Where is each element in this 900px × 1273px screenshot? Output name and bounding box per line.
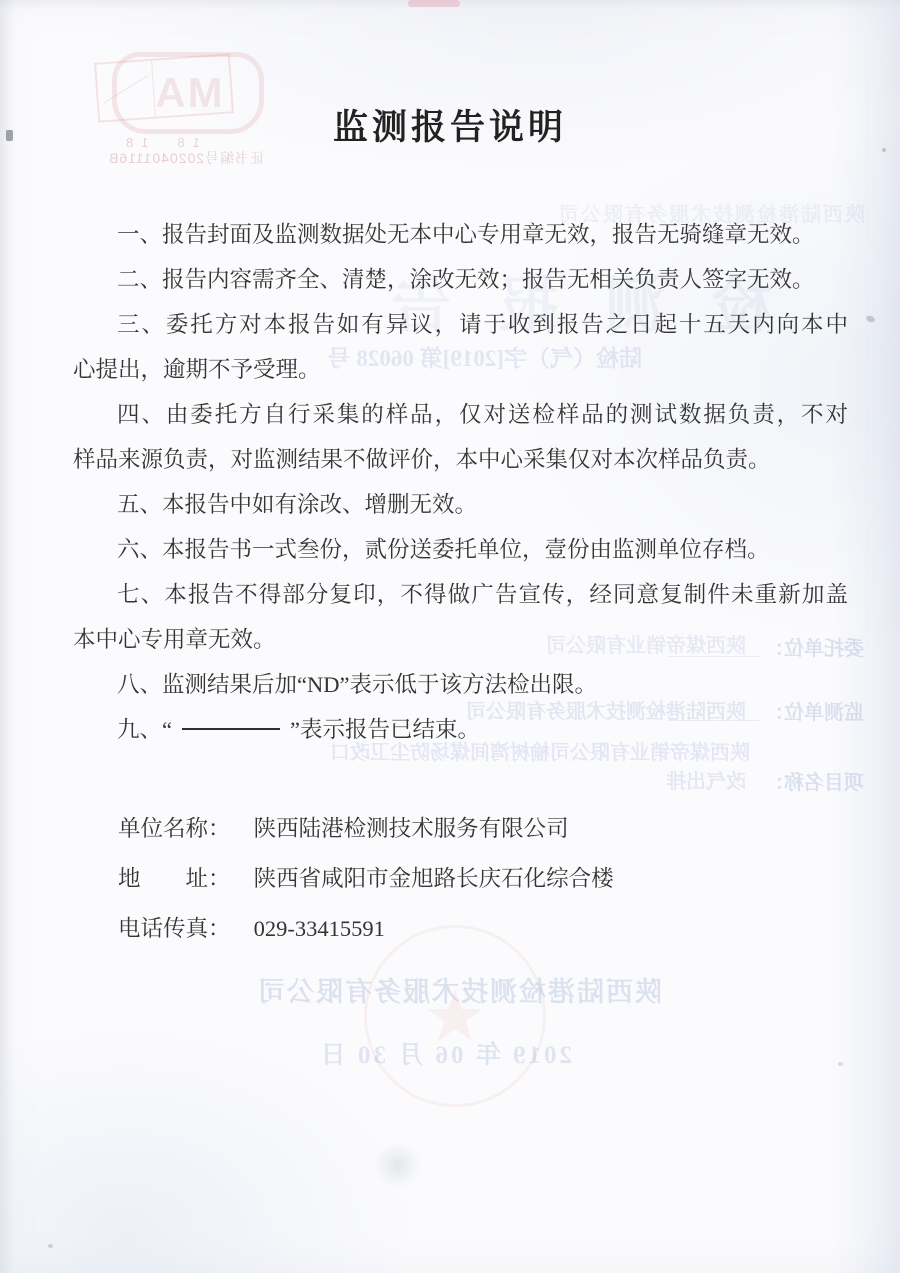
address-label: 地 址： [118, 854, 236, 904]
company-name-value: 陕西陆港检测技术服务有限公司 [254, 816, 569, 841]
address-value: 陕西省咸阳市金旭路长庆石化综合楼 [254, 866, 614, 891]
item-9-prefix: 九、“ [117, 717, 172, 742]
scan-speck [838, 1062, 843, 1066]
company-name-row: 单位名称： 陕西陆港检测技术服务有限公司 [118, 804, 900, 854]
instruction-item-5: 五、本报告中如有涂改、增删无效。 [73, 482, 848, 527]
instruction-item-3-line2: 心提出，逾期不予受理。 [73, 357, 321, 382]
instruction-item-1: 一、报告封面及监测数据处无本中心专用章无效，报告无骑缝章无效。 [73, 212, 848, 257]
instruction-item-2: 二、报告内容需齐全、清楚，涂改无效；报告无相关负责人签字无效。 [73, 257, 848, 302]
phone-fax-label: 电话传真： [118, 904, 236, 954]
instruction-item-7-line2: 本中心专用章无效。 [73, 627, 276, 652]
item-9-suffix: ”表示报告已结束。 [290, 717, 480, 742]
scan-smudge [375, 1140, 421, 1190]
instruction-item-8: 八、监测结果后加“ND”表示低于该方法检出限。 [73, 662, 848, 707]
phone-fax-value: 029-33415591 [254, 916, 385, 941]
instruction-item-9: 九、“”表示报告已结束。 [73, 707, 848, 752]
company-name-label: 单位名称： [118, 804, 236, 854]
address-row: 地 址： 陕西省咸阳市金旭路长庆石化综合楼 [118, 854, 900, 904]
document-page: 监测报告说明 一、报告封面及监测数据处无本中心专用章无效，报告无骑缝章无效。 二… [0, 0, 900, 954]
contact-block: 单位名称： 陕西陆港检测技术服务有限公司 地 址： 陕西省咸阳市金旭路长庆石化综… [0, 804, 900, 954]
instruction-item-4-line2: 样品来源负责，对监测结果不做评价，本中心采集仅对本次样品负责。 [73, 447, 771, 472]
instructions-list: 一、报告封面及监测数据处无本中心专用章无效，报告无骑缝章无效。 二、报告内容需齐… [0, 212, 900, 752]
scan-speck [48, 1244, 53, 1248]
page-title: 监测报告说明 [0, 100, 900, 150]
phone-fax-row: 电话传真： 029-33415591 [118, 904, 900, 954]
instruction-item-3-line1: 三、委托方对本报告如有异议，请于收到报告之日起十五天内向本中 [73, 302, 848, 347]
instruction-item-6: 六、本报告书一式叁份，贰份送委托单位，壹份由监测单位存档。 [73, 527, 848, 572]
end-of-report-line [182, 728, 280, 730]
instruction-item-4-line1: 四、由委托方自行采集的样品，仅对送检样品的测试数据负责，不对 [73, 392, 848, 437]
instruction-item-7-line1: 七、本报告不得部分复印，不得做广告宣传，经同意复制件未重新加盖 [73, 572, 848, 617]
